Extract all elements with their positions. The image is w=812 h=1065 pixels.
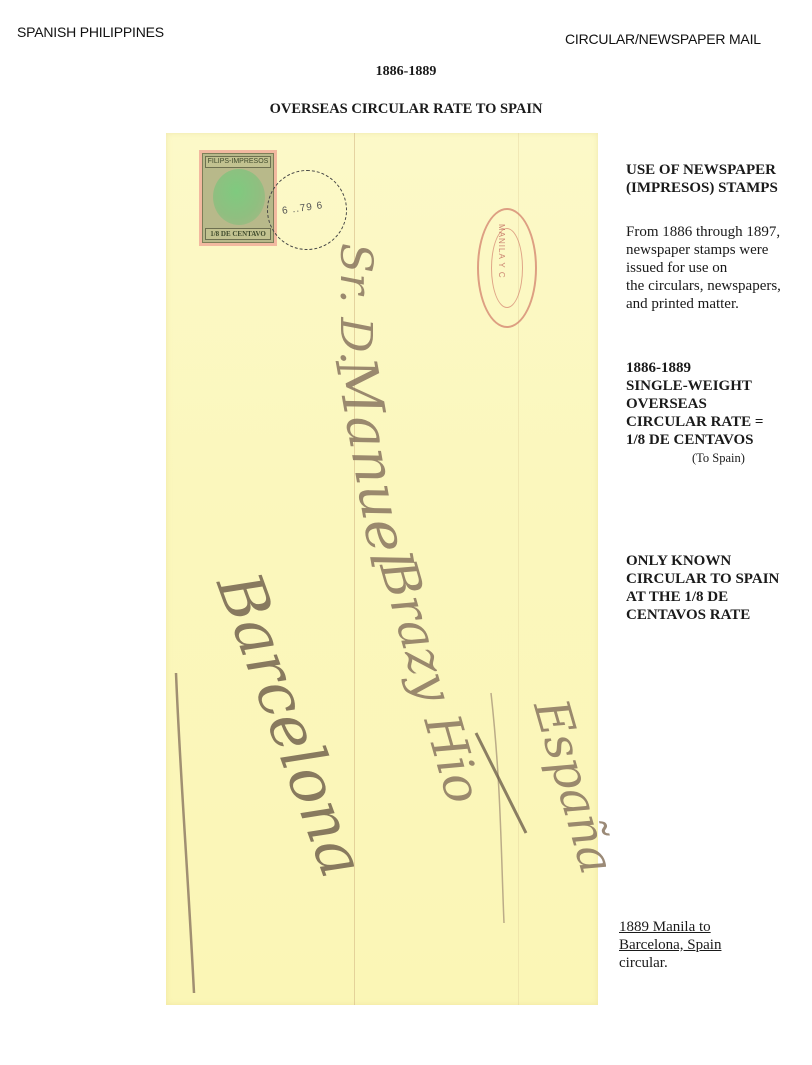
circular-cover-image: FILIPS-IMPRESOS 1/8 DE CENTAVO 6 ..79 6 …: [166, 133, 598, 1005]
cover-caption: 1889 Manila to Barcelona, Spain circular…: [619, 918, 721, 972]
handwriting-surname: Brazy Hio: [368, 553, 493, 810]
heading-line: CIRCULAR TO SPAIN: [626, 570, 806, 588]
page-years: 1886-1889: [0, 64, 812, 80]
heading-line: CENTAVOS RATE: [626, 606, 806, 624]
postmark-date: 6 ..79 6: [281, 200, 323, 217]
stamp-denomination: 1/8 DE CENTAVO: [205, 228, 271, 240]
heading-line: OVERSEAS: [626, 395, 806, 413]
section-only-known: ONLY KNOWN CIRCULAR TO SPAIN AT THE 1/8 …: [626, 552, 806, 624]
caption-line: 1889 Manila to: [619, 918, 721, 936]
body-line: From 1886 through 1897,: [626, 223, 806, 241]
impresos-stamp: FILIPS-IMPRESOS 1/8 DE CENTAVO: [199, 150, 277, 246]
heading-line: SINGLE-WEIGHT: [626, 377, 806, 395]
body-line: and printed matter.: [626, 295, 806, 313]
heading-line: USE OF NEWSPAPER: [626, 161, 806, 179]
header-collection-title: SPANISH PHILIPPINES: [17, 24, 164, 40]
page-title: OVERSEAS CIRCULAR RATE TO SPAIN: [0, 101, 812, 118]
postmark-cancel: 6 ..79 6: [267, 170, 347, 250]
heading-line: ONLY KNOWN: [626, 552, 806, 570]
section-rate: 1886-1889 SINGLE-WEIGHT OVERSEAS CIRCULA…: [626, 359, 806, 467]
stamp-portrait-icon: [213, 169, 265, 225]
section-newspaper-stamps-heading: USE OF NEWSPAPER (IMPRESOS) STAMPS: [626, 161, 806, 197]
caption-line: Barcelona, Spain: [619, 936, 721, 954]
handwriting-country: España: [522, 693, 625, 880]
handwriting-name: Manuel: [322, 353, 423, 575]
stamp-top-label: FILIPS-IMPRESOS: [205, 156, 271, 168]
heading-line: (IMPRESOS) STAMPS: [626, 179, 806, 197]
body-line: the circulars, newspapers,: [626, 277, 806, 295]
heading-line: AT THE 1/8 DE: [626, 588, 806, 606]
body-line: newspaper stamps were: [626, 241, 806, 259]
section-newspaper-stamps-body: From 1886 through 1897, newspaper stamps…: [626, 223, 806, 313]
rate-note: (To Spain): [626, 449, 806, 467]
caption-line: circular.: [619, 954, 721, 972]
heading-line: 1886-1889: [626, 359, 806, 377]
cachet-text: MANILA Y C: [497, 224, 506, 279]
sender-cachet: MANILA Y C: [477, 208, 537, 328]
handwriting-salutation: Sr. D.: [330, 243, 381, 365]
header-category: CIRCULAR/NEWSPAPER MAIL: [565, 31, 761, 47]
body-line: issued for use on: [626, 259, 806, 277]
heading-line: 1/8 DE CENTAVOS: [626, 431, 806, 449]
heading-line: CIRCULAR RATE =: [626, 413, 806, 431]
